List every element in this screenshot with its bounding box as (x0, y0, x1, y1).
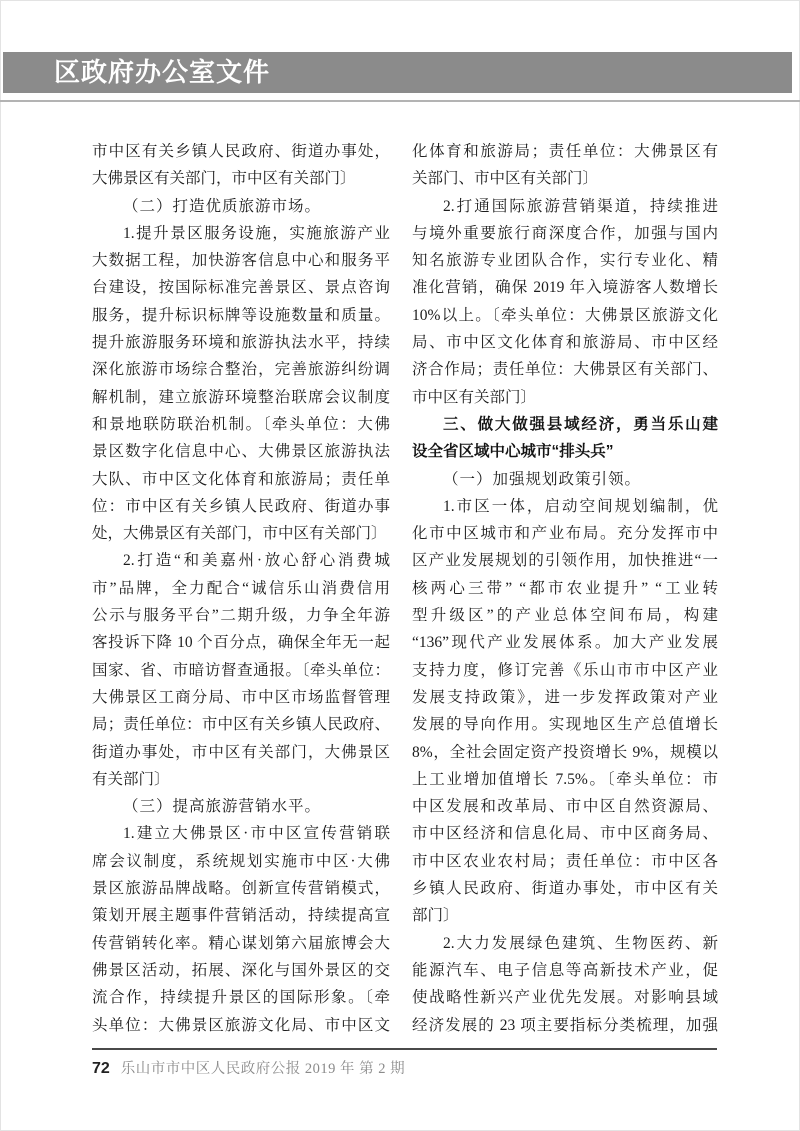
page-footer: 72乐山市市中区人民政府公报 2019 年 第 2 期 (92, 1058, 732, 1080)
text-line: 10%以上。〔牵头单位：大佛景区旅游文化 (412, 302, 718, 329)
text-line: 传营销转化率。精心谋划第六届旅博会大 (92, 930, 390, 957)
text-line: 位：市中区有关乡镇人民政府、街道办事 (92, 493, 390, 520)
text-line: 区产业发展规划的引领作用，加快推进“一 (412, 547, 718, 574)
text-line: 公示与服务平台”二期升级，力争全年游 (92, 602, 390, 629)
text-line: 大佛景区工商分局、市中区市场监督管理 (92, 684, 390, 711)
text-line: 设全省区域中心城市“排头兵” (412, 438, 718, 465)
text-line: 服务，提升标识标牌等设施数量和质量。 (92, 302, 390, 329)
text-line: 济合作局；责任单位：大佛景区有关部门、 (412, 356, 718, 383)
text-line: （二）打造优质旅游市场。 (92, 193, 390, 220)
text-line: 处，大佛景区有关部门，市中区有关部门〕 (92, 520, 390, 547)
text-line: 和景地联防联治机制。〔牵头单位：大佛 (92, 411, 390, 438)
text-line: 提升旅游服务环境和旅游执法水平，持续 (92, 329, 390, 356)
text-line: 1.市区一体，启动空间规划编制，优 (412, 493, 718, 520)
text-line: 8%，全社会固定资产投资增长 9%，规模以 (412, 739, 718, 766)
text-line: （一）加强规划政策引领。 (412, 466, 718, 493)
text-line: 2.打通国际旅游营销渠道，持续推进 (412, 193, 718, 220)
text-line: 席会议制度，系统规划实施市中区·大佛 (92, 848, 390, 875)
text-line: 局；责任单位：市中区有关乡镇人民政府、 (92, 711, 390, 738)
text-line: 2.大力发展绿色建筑、生物医药、新 (412, 930, 718, 957)
text-line: 使战略性新兴产业优先发展。对影响县域 (412, 984, 718, 1011)
header-rule (0, 100, 800, 102)
text-line: 市中区经济和信息化局、市中区商务局、 (412, 820, 718, 847)
text-line: （三）提高旅游营销水平。 (92, 793, 390, 820)
text-line: 三、做大做强县域经济，勇当乐山建 (412, 411, 718, 438)
text-line: 客投诉下降 10 个百分点，确保全年无一起 (92, 629, 390, 656)
footer-page-number: 72 (92, 1060, 110, 1077)
header-title: 区政府办公室文件 (3, 52, 792, 93)
text-line: 准化营销，确保 2019 年入境游客人数增长 (412, 274, 718, 301)
text-line: 核两心三带” “都市农业提升” “工业转 (412, 575, 718, 602)
text-line: 与境外重要旅行商深度合作，加强与国内 (412, 220, 718, 247)
left-text-column: 市中区有关乡镇人民政府、街道办事处，大佛景区有关部门，市中区有关部门〕（二）打造… (92, 138, 390, 1039)
text-line: 能源汽车、电子信息等高新技术产业，促 (412, 957, 718, 984)
text-line: 乡镇人民政府、街道办事处，市中区有关 (412, 875, 718, 902)
text-line: 街道办事处，市中区有关部门，大佛景区 (92, 739, 390, 766)
text-line: 上工业增加值增长 7.5%。〔牵头单位：市 (412, 766, 718, 793)
footer-publication: 乐山市市中区人民政府公报 2019 年 第 2 期 (121, 1061, 405, 1077)
text-line: 关部门、市中区有关部门〕 (412, 165, 718, 192)
text-line: 策划开展主题事件营销活动，持续提高宣 (92, 902, 390, 929)
header-bar: 区政府办公室文件 (3, 52, 792, 93)
text-line: 景区旅游品牌战略。创新宣传营销模式， (92, 875, 390, 902)
text-line: 发展的导向作用。实现地区生产总值增长 (412, 711, 718, 738)
text-line: 1.提升景区服务设施，实施旅游产业 (92, 220, 390, 247)
text-line: 支持力度，修订完善《乐山市市中区产业 (412, 657, 718, 684)
text-line: “136”现代产业发展体系。加大产业发展 (412, 629, 718, 656)
text-line: 发展支持政策》，进一步发挥政策对产业 (412, 684, 718, 711)
text-line: 国家、省、市暗访督查通报。〔牵头单位： (92, 657, 390, 684)
text-line: 市”品牌，全力配合“诚信乐山消费信用 (92, 575, 390, 602)
text-line: 化市中区城市和产业布局。充分发挥市中 (412, 520, 718, 547)
text-line: 部门〕 (412, 902, 718, 929)
text-line: 解机制，建立旅游环境整治联席会议制度 (92, 384, 390, 411)
right-text-column: 化体育和旅游局；责任单位：大佛景区有关部门、市中区有关部门〕2.打通国际旅游营销… (412, 138, 718, 1039)
text-line: 市中区农业农村局；责任单位：市中区各 (412, 848, 718, 875)
text-line: 佛景区活动，拓展、深化与国外景区的交 (92, 957, 390, 984)
text-line: 知名旅游专业团队合作，实行专业化、精 (412, 247, 718, 274)
text-line: 2.打造“和美嘉州·放心舒心消费城 (92, 547, 390, 574)
text-line: 市中区有关乡镇人民政府、街道办事处， (92, 138, 390, 165)
text-line: 大队、市中区文化体育和旅游局；责任单 (92, 466, 390, 493)
text-line: 头单位：大佛景区旅游文化局、市中区文 (92, 1012, 390, 1039)
footer-rule (92, 1048, 717, 1050)
text-line: 局、市中区文化体育和旅游局、市中区经 (412, 329, 718, 356)
text-line: 经济发展的 23 项主要指标分类梳理，加强 (412, 1012, 718, 1039)
text-line: 1.建立大佛景区·市中区宣传营销联 (92, 820, 390, 847)
text-line: 大数据工程，加快游客信息中心和服务平 (92, 247, 390, 274)
text-line: 大佛景区有关部门，市中区有关部门〕 (92, 165, 390, 192)
document-page: { "header": { "title": "区政府办公室文件" }, "fo… (0, 0, 800, 1131)
text-line: 市中区有关部门〕 (412, 384, 718, 411)
text-line: 台建设，按国际标准完善景区、景点咨询 (92, 274, 390, 301)
text-line: 有关部门〕 (92, 766, 390, 793)
text-line: 型升级区”的产业总体空间布局，构建 (412, 602, 718, 629)
text-line: 中区发展和改革局、市中区自然资源局、 (412, 793, 718, 820)
text-line: 流合作，持续提升景区的国际形象。〔牵 (92, 984, 390, 1011)
text-line: 景区数字化信息中心、大佛景区旅游执法 (92, 438, 390, 465)
text-line: 深化旅游市场综合整治，完善旅游纠纷调 (92, 356, 390, 383)
text-line: 化体育和旅游局；责任单位：大佛景区有 (412, 138, 718, 165)
